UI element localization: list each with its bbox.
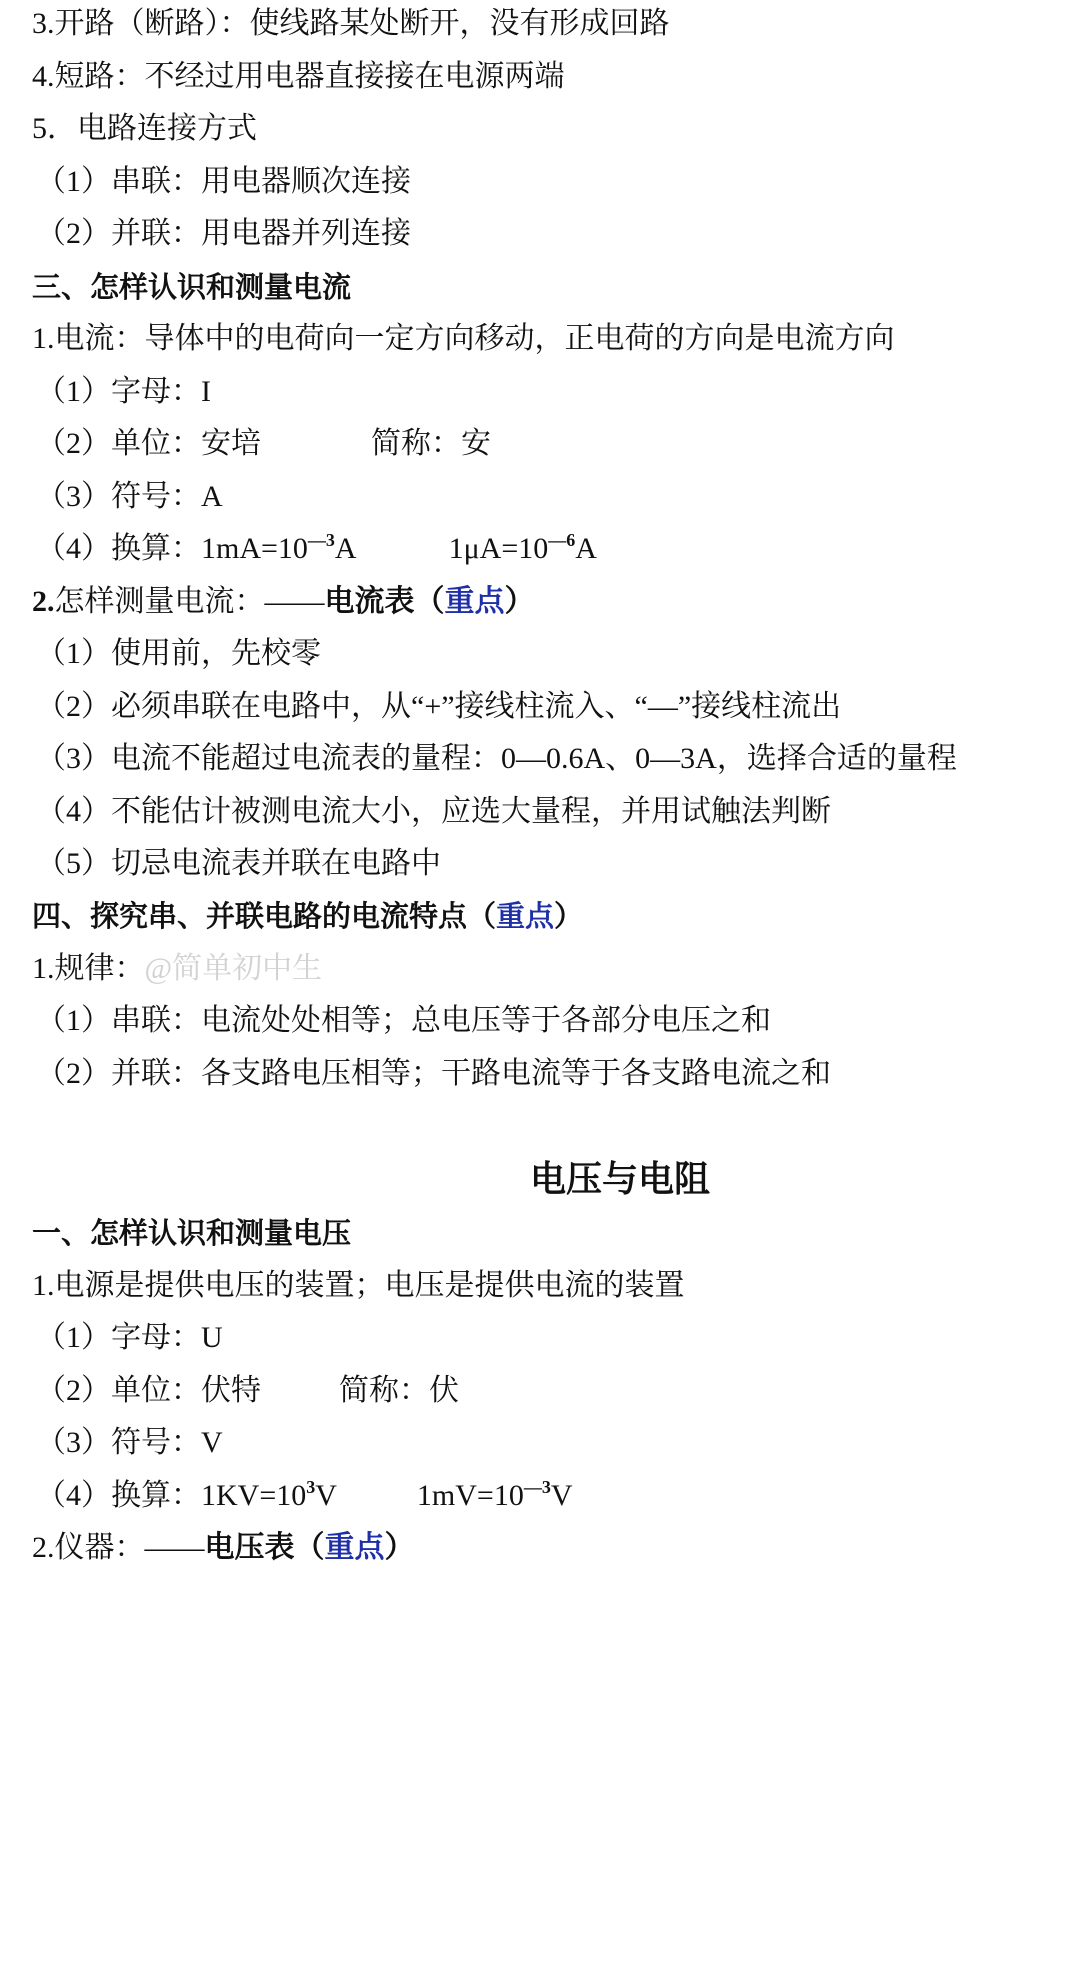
voltmeter-label: 电压表（ <box>205 1531 325 1564</box>
exponent: —3 <box>524 1477 551 1497</box>
measure-text: 怎样测量电流：—— <box>55 585 325 618</box>
ammeter-rule-1: （1）使用前，先校零 <box>36 634 321 674</box>
current-unit-short: 简称：安 <box>371 427 491 460</box>
current-unit-label: （2）单位：安培 <box>36 427 261 460</box>
chapter-title: 电压与电阻 <box>0 1151 1080 1202</box>
exponent: 3 <box>306 1477 315 1497</box>
unit: V <box>315 1479 337 1512</box>
conversion-mv: 1mV=10 <box>417 1479 524 1512</box>
current-letter: （1）字母：I <box>36 372 211 412</box>
ammeter-rule-4: （4）不能估计被测电流大小，应选大量程，并用试触法判断 <box>36 792 831 832</box>
measure-current-heading: 2.怎样测量电流：——电流表（重点） <box>32 582 535 622</box>
series-law: （1）串联：电流处处相等；总电压等于各部分电压之和 <box>36 1001 771 1041</box>
instrument-text: 2.仪器：—— <box>32 1531 205 1564</box>
law-label-line: 1.规律：@简单初中生 <box>32 949 322 989</box>
unit: V <box>551 1479 573 1512</box>
voltmeter-heading: 2.仪器：——电压表（重点） <box>32 1528 415 1568</box>
conversion-ua: 1μA=10 <box>449 532 549 565</box>
section-heading-current: 三、怎样认识和测量电流 <box>32 267 351 307</box>
ammeter-rule-2: （2）必须串联在电路中，从“+”接线柱流入、“—”接线柱流出 <box>36 687 841 727</box>
law-label: 1.规律： <box>32 952 145 985</box>
heading-text: 四、探究串、并联电路的电流特点（ <box>32 899 496 933</box>
ammeter-rule-3: （3）电流不能超过电流表的量程：0—0.6A、0—3A，选择合适的量程 <box>36 739 957 779</box>
conversion-kv: 1KV=10 <box>201 1479 306 1512</box>
unit: A <box>335 532 357 565</box>
ammeter-label: 电流表（ <box>325 585 445 618</box>
parallel-law: （2）并联：各支路电压相等；干路电流等于各支路电流之和 <box>36 1054 831 1094</box>
ammeter-rule-5: （5）切忌电流表并联在电路中 <box>36 844 441 884</box>
voltage-conversion: （4）换算：1KV=103V1mV=10—3V <box>36 1476 573 1516</box>
key-point-tag: 重点 <box>496 899 554 933</box>
voltage-unit-label: （2）单位：伏特 <box>36 1374 261 1407</box>
conversion-label: （4）换算： <box>36 532 201 565</box>
voltage-definition: 1.电源是提供电压的装置；电压是提供电流的装置 <box>32 1266 685 1306</box>
parallel-item: （2）并联：用电器并列连接 <box>36 214 411 254</box>
section-heading-voltage: 一、怎样认识和测量电压 <box>32 1213 351 1253</box>
item-number: 2. <box>32 585 55 618</box>
voltage-unit-short: 简称：伏 <box>339 1374 459 1407</box>
connection-method-item: 5．电路连接方式 <box>32 109 257 149</box>
section-heading-series-parallel: 四、探究串、并联电路的电流特点（重点） <box>32 896 583 936</box>
conversion-label: （4）换算： <box>36 1479 201 1512</box>
voltage-letter: （1）字母：U <box>36 1318 223 1358</box>
current-conversion: （4）换算：1mA=10—3A1μA=10—6A <box>36 529 597 569</box>
open-circuit-item: 3.开路（断路）：使线路某处断开，没有形成回路 <box>32 4 670 44</box>
watermark: @简单初中生 <box>145 952 323 985</box>
current-unit: （2）单位：安培简称：安 <box>36 424 491 464</box>
short-circuit-item: 4.短路：不经过用电器直接接在电源两端 <box>32 57 565 97</box>
series-item: （1）串联：用电器顺次连接 <box>36 162 411 202</box>
exponent: —6 <box>548 530 575 550</box>
voltage-symbol: （3）符号：V <box>36 1423 223 1463</box>
current-definition: 1.电流：导体中的电荷向一定方向移动，正电荷的方向是电流方向 <box>32 319 895 359</box>
paren-close: ） <box>505 585 535 618</box>
conversion-ma: 1mA=10 <box>201 532 308 565</box>
exponent: —3 <box>308 530 335 550</box>
paren-close: ） <box>385 1531 415 1564</box>
paren-close: ） <box>554 899 583 933</box>
current-symbol: （3）符号：A <box>36 477 223 517</box>
key-point-tag: 重点 <box>325 1531 385 1564</box>
unit: A <box>575 532 597 565</box>
voltage-unit: （2）单位：伏特简称：伏 <box>36 1371 459 1411</box>
key-point-tag: 重点 <box>445 585 505 618</box>
